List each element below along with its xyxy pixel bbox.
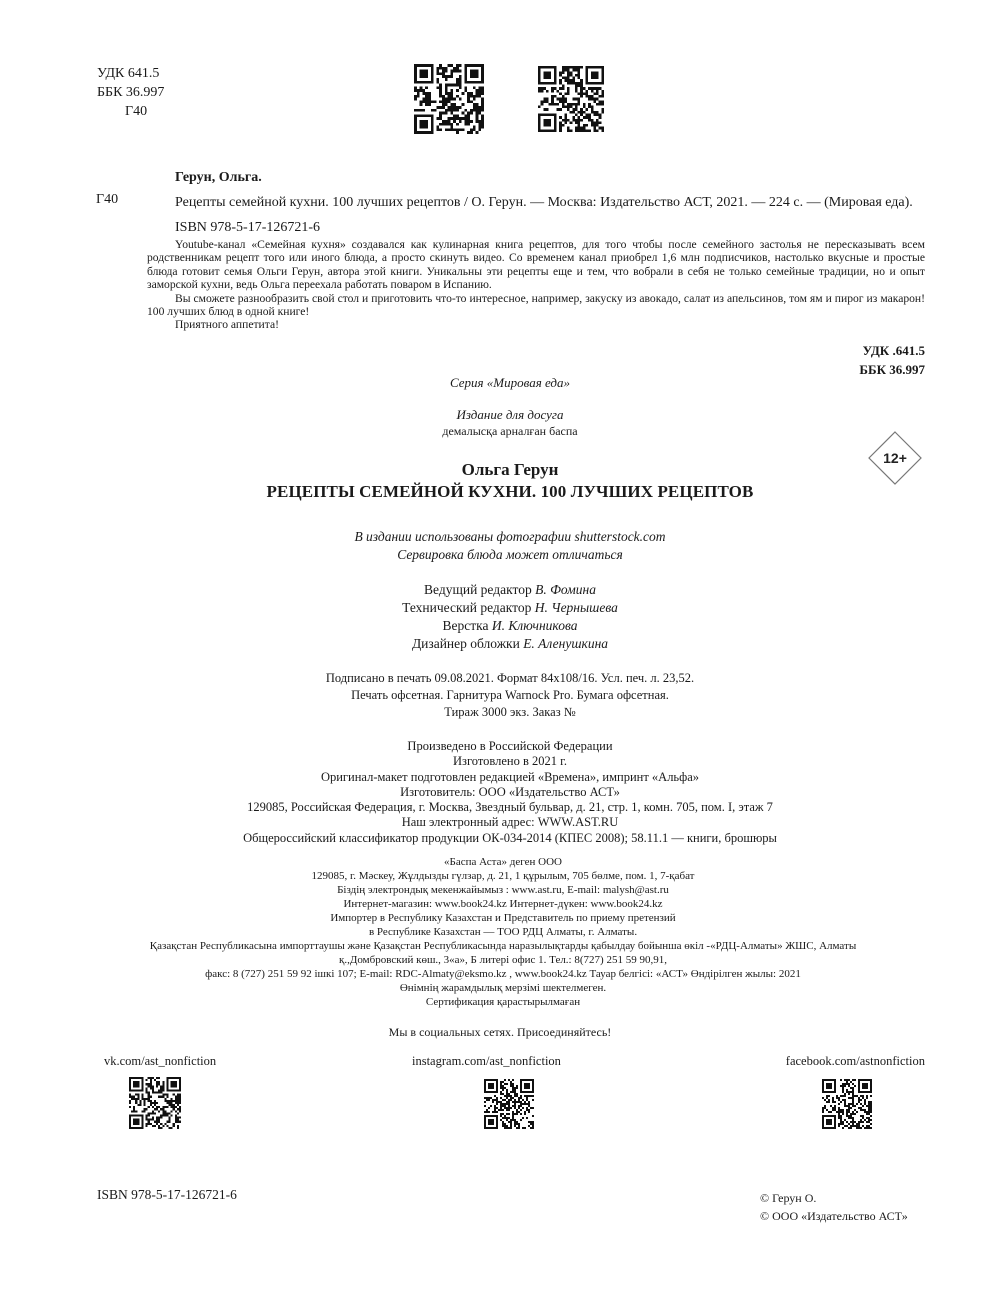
- manufacturer-line: 129085, Российская Федерация, г. Москва,…: [0, 800, 1000, 815]
- kz-line: қ.,Домбровский көш., 3«а», Б литері офис…: [0, 953, 1000, 967]
- author-mark: Г40: [97, 102, 164, 121]
- print-info-line: Подписано в печать 09.08.2021. Формат 84…: [0, 670, 1000, 687]
- book-title: РЕЦЕПТЫ СЕМЕЙНОЙ КУХНИ. 100 ЛУЧШИХ РЕЦЕП…: [0, 482, 1000, 502]
- kz-line: в Республике Казахстан — ТОО РДЦ Алматы,…: [0, 925, 1000, 939]
- credit-role: Верстка: [442, 618, 488, 633]
- kz-line: 129085, г. Мәскеу, Жұлдызды гүлзар, д. 2…: [0, 869, 1000, 883]
- author-mark-side: Г40: [96, 192, 118, 208]
- annotation-paragraph: Youtube-канал «Семейная кухня» создавалс…: [147, 238, 925, 292]
- qr-code-icon[interactable]: [484, 1078, 534, 1130]
- bibliographic-description: Рецепты семейной кухни. 100 лучших рецеп…: [175, 190, 935, 240]
- classification-codes-right: УДК .641.5 ББК 36.997: [859, 341, 925, 379]
- manufacturer-line: Общероссийский классификатор продукции О…: [0, 831, 1000, 846]
- isbn: ISBN 978-5-17-126721-6: [175, 215, 935, 240]
- credits: Ведущий редактор В. Фомина Технический р…: [0, 581, 1000, 653]
- bbk-code: ББК 36.997: [97, 83, 164, 102]
- print-info-line: Печать офсетная. Гарнитура Warnock Pro. …: [0, 687, 1000, 704]
- kz-line: Өнімнің жарамдылық мерзімі шектелмеген.: [0, 981, 1000, 995]
- edition-type-ru: Издание для досуга: [0, 407, 1000, 423]
- kz-line: Қазақстан Республикасына импорттаушы жән…: [0, 939, 1000, 953]
- edition-type-kz: демалысқа арналған баспа: [0, 423, 1000, 439]
- kz-line: «Баспа Аста» деген ООО: [0, 855, 1000, 869]
- credit-line: Ведущий редактор В. Фомина: [0, 581, 1000, 599]
- title-block: Ольга Герун РЕЦЕПТЫ СЕМЕЙНОЙ КУХНИ. 100 …: [0, 460, 1000, 502]
- copyright-line: © ООО «Издательство АСТ»: [760, 1207, 908, 1225]
- credit-line: Технический редактор Н. Чернышева: [0, 599, 1000, 617]
- qr-code-icon[interactable]: [538, 66, 604, 132]
- social-link-vk[interactable]: vk.com/ast_nonfiction: [104, 1054, 216, 1069]
- credit-line: Дизайнер обложки Е. Аленушкина: [0, 635, 1000, 653]
- manufacturer-line: Изготовитель: ООО «Издательство АСТ»: [0, 785, 1000, 800]
- edition-type: Издание для досуга демалысқа арналған ба…: [0, 407, 1000, 439]
- udk-code: УДК 641.5: [97, 64, 164, 83]
- photo-note-line: Сервировка блюда может отличаться: [0, 546, 1000, 564]
- credit-name: И. Ключникова: [492, 618, 578, 633]
- photo-note: В издании использованы фотографии shutte…: [0, 528, 1000, 564]
- classification-codes-top: УДК 641.5 ББК 36.997 Г40: [97, 64, 164, 121]
- credit-role: Дизайнер обложки: [412, 636, 520, 651]
- social-link-facebook[interactable]: facebook.com/astnonfiction: [786, 1054, 925, 1069]
- author-heading: Герун, Ольга.: [175, 170, 262, 186]
- credit-line: Верстка И. Ключникова: [0, 617, 1000, 635]
- manufacturer-info: Произведено в Российской Федерации Изгот…: [0, 739, 1000, 846]
- kz-line: Сертификация қарастырылмаған: [0, 995, 1000, 1009]
- credit-name: Е. Аленушкина: [523, 636, 608, 651]
- qr-code-icon[interactable]: [129, 1077, 181, 1129]
- qr-code-icon[interactable]: [413, 64, 485, 134]
- kz-line: Интернет-магазин: www.book24.kz Интернет…: [0, 897, 1000, 911]
- manufacturer-line: Произведено в Российской Федерации: [0, 739, 1000, 754]
- credit-name: В. Фомина: [535, 582, 596, 597]
- credit-role: Технический редактор: [402, 600, 531, 615]
- annotation: Youtube-канал «Семейная кухня» создавалс…: [147, 238, 925, 332]
- series-name: Серия «Мировая еда»: [0, 375, 1000, 391]
- kazakhstan-info: «Баспа Аста» деген ООО 129085, г. Мәскеу…: [0, 855, 1000, 1009]
- copyright-line: © Герун О.: [760, 1189, 908, 1207]
- isbn-footer: ISBN 978-5-17-126721-6: [97, 1187, 237, 1203]
- kz-line: факс: 8 (727) 251 59 92 ішкі 107; E-mail…: [0, 967, 1000, 981]
- print-info-line: Тираж 3000 экз. Заказ №: [0, 704, 1000, 721]
- photo-note-line: В издании использованы фотографии shutte…: [0, 528, 1000, 546]
- book-author: Ольга Герун: [0, 460, 1000, 480]
- book-description: Рецепты семейной кухни. 100 лучших рецеп…: [175, 190, 935, 215]
- print-info: Подписано в печать 09.08.2021. Формат 84…: [0, 670, 1000, 721]
- annotation-paragraph: Приятного аппетита!: [147, 318, 925, 331]
- manufacturer-line: Оригинал-макет подготовлен редакцией «Вр…: [0, 770, 1000, 785]
- credit-name: Н. Чернышева: [535, 600, 618, 615]
- annotation-paragraph: Вы сможете разнообразить свой стол и при…: [147, 292, 925, 319]
- kz-line: Импортер в Республику Казахстан и Предст…: [0, 911, 1000, 925]
- credit-role: Ведущий редактор: [424, 582, 532, 597]
- manufacturer-line: Наш электронный адрес: WWW.AST.RU: [0, 815, 1000, 830]
- social-link-instagram[interactable]: instagram.com/ast_nonfiction: [412, 1054, 561, 1069]
- copyright: © Герун О. © ООО «Издательство АСТ»: [760, 1189, 908, 1225]
- udk-code: УДК .641.5: [859, 341, 925, 360]
- social-call: Мы в социальных сетях. Присоединяйтесь!: [0, 1025, 1000, 1040]
- manufacturer-line: Изготовлено в 2021 г.: [0, 754, 1000, 769]
- qr-code-icon[interactable]: [822, 1078, 872, 1130]
- kz-line: Біздің электрондық мекенжайымыз : www.as…: [0, 883, 1000, 897]
